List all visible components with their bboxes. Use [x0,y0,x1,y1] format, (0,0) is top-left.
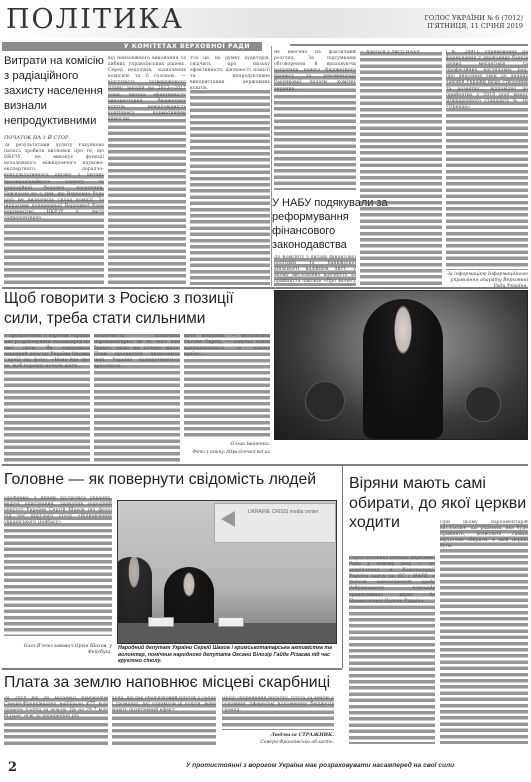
land-signature-region: Сєвєро-Франківська область. [222,740,334,746]
text-block [349,556,435,744]
page-number: 2 [8,760,17,775]
text-block [222,698,334,730]
photo-caption: Народний депутат України Сергій Шахов і … [118,645,338,665]
issue-date: П'ЯТНИЦЯ, 11 СІЧНЯ 2019 [425,22,523,30]
text-block [4,498,112,636]
headline-russia: Щоб говорити з Росією з позиції сили, тр… [4,289,274,329]
text-block [184,334,270,438]
text-block [112,698,216,746]
banner-text: UKRAINE CRISIS media center [248,509,319,515]
russia-photo-source: Фото з сайту: https://censor.net.ua [184,449,270,455]
microphone [465,386,501,422]
land-signature-author: Людмила СТРАЖНИК. [222,733,334,739]
text-block [446,52,528,270]
photo-oksana-syroid [274,290,528,440]
text-block [4,698,108,746]
ukraine-crisis-logo-icon [221,511,235,527]
text-block [108,82,186,285]
text-block [274,258,356,286]
newspaper-issue: ГОЛОС УКРАЇНИ № 6 (7012) [425,14,523,22]
continuation-note: ПОЧАТОК НА 1-Й СТОР. [4,135,70,141]
section-divider [2,464,528,466]
headline-land: Плата за землю наповнює місцеві скарбниц… [4,673,340,693]
section-title: ПОЛІТИКА [6,4,184,35]
name-card [218,617,244,627]
text-block [440,524,528,744]
footer-tagline: У протистоянні з ворогом Україна має роз… [110,762,530,769]
text-block [274,70,356,190]
person-figure [363,299,443,439]
top-rule [290,44,528,46]
column-divider [342,466,343,668]
rubric-banner: У КОМІТЕТАХ ВЕРХОВНОЇ РАДИ [2,42,262,51]
text-block [94,334,180,462]
microphone [305,381,345,421]
photo-round-table: UKRAINE CRISIS media center [117,500,337,644]
section-divider [2,668,342,670]
headline-radiation: Витрати на комісію з радіаційного захист… [4,54,104,129]
text-block [190,90,270,285]
name-card [148,617,174,627]
consciousness-signature: Олег В'ячеславович Оргін Шахов, у Фейсбу… [4,644,112,656]
text-block [4,175,104,285]
masthead: ГОЛОС УКРАЇНИ № 6 (7012) П'ЯТНИЦЯ, 11 СІ… [425,14,523,30]
russia-signature-author: Ольга Іваненко. [184,442,270,448]
text-block [4,334,90,462]
headline-consciousness: Головне — як повернути свідомість людей [4,470,340,490]
text-block [360,52,442,286]
